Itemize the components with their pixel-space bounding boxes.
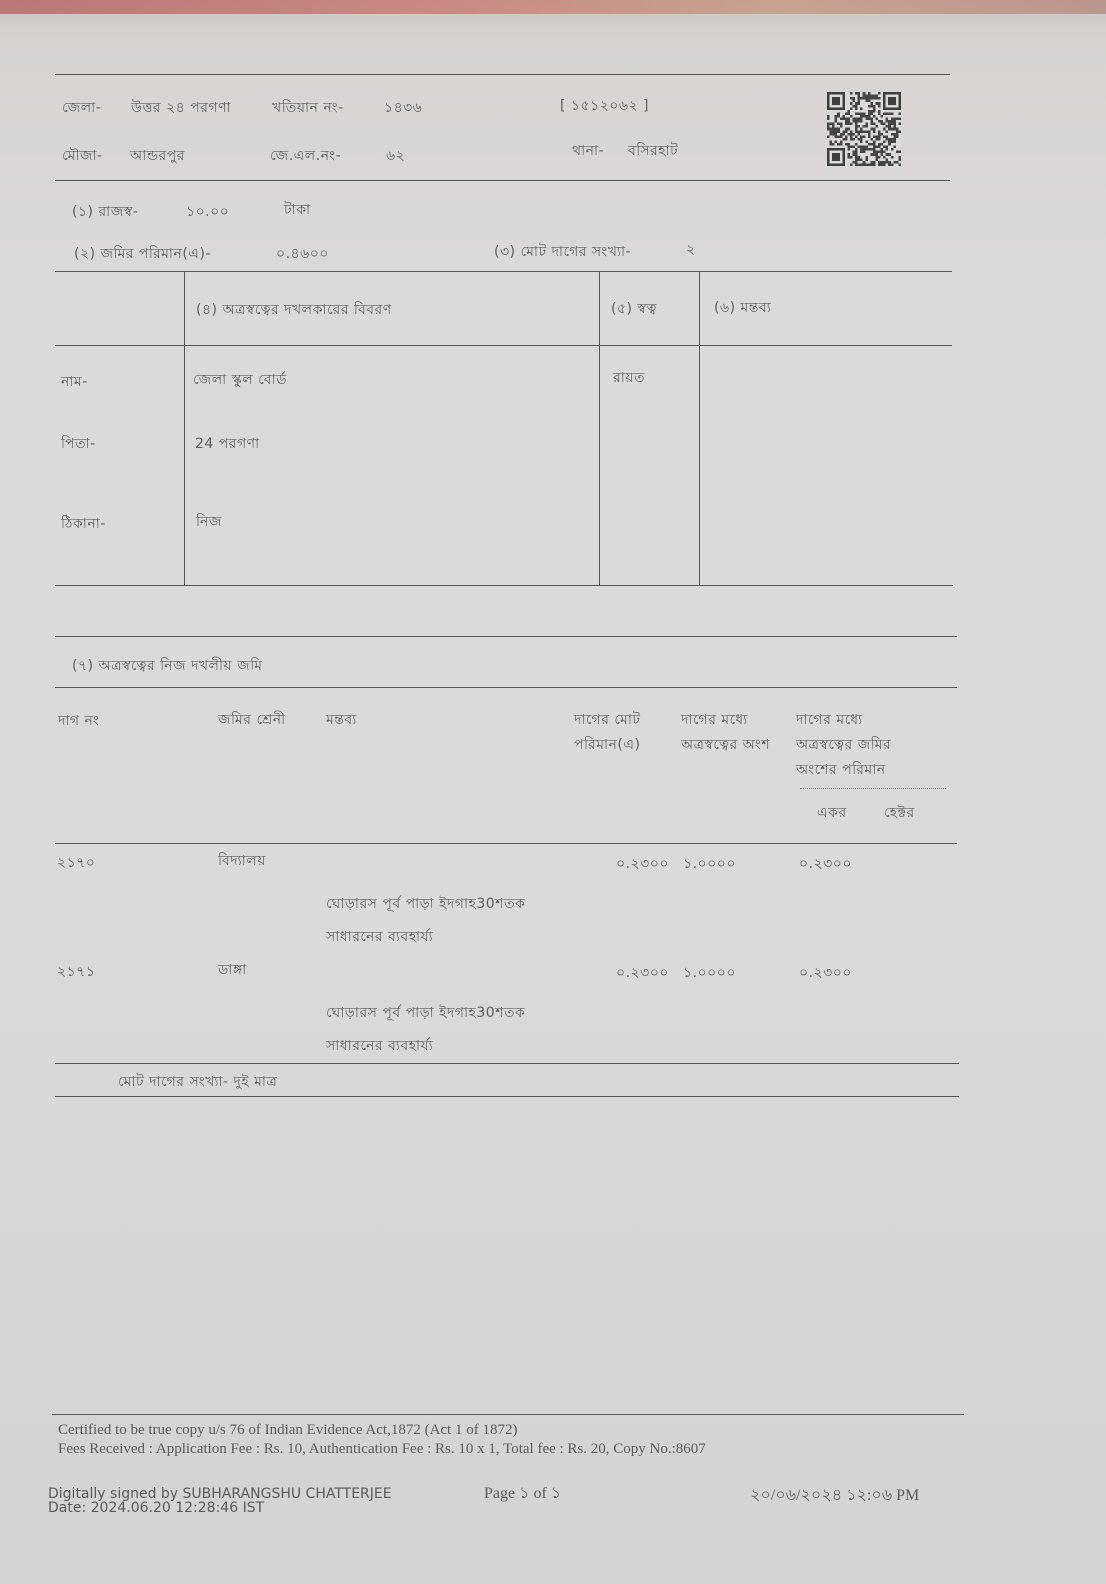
divider — [800, 788, 946, 789]
remark-line-1: ঘোড়ারস পূর্ব পাড়া ইদগাহ30শতক — [326, 1001, 525, 1025]
share: ১.০০০০ — [683, 852, 736, 876]
plot-count-label: (৩) মোট দাগের সংখ্যা- — [494, 240, 631, 264]
address-label: ঠিকানা- — [61, 512, 106, 536]
table-border — [55, 1096, 959, 1097]
plot-no: ২১৭১ — [57, 960, 95, 984]
table-border — [55, 271, 952, 272]
table-border — [599, 272, 600, 586]
divider — [55, 636, 957, 637]
share: ১.০০০০ — [683, 961, 736, 985]
father-value: 24 পরগণা — [195, 432, 260, 456]
remarks-header: (৬) মন্তব্য — [714, 296, 771, 320]
owner-details-header: (৪) অত্রস্বত্বের দখলকারের বিবরণ — [196, 298, 392, 322]
district-label: জেলা- — [62, 96, 101, 120]
share-area-header-3: অংশের পরিমান — [796, 758, 886, 782]
revenue-unit: টাকা — [284, 198, 311, 222]
khatian-value: ১৪৩৬ — [384, 96, 422, 120]
page-edge — [0, 0, 1106, 14]
page-number: Page ১ of ১ — [484, 1480, 561, 1507]
table-border — [55, 585, 953, 586]
plot-no-header: দাগ নং — [58, 709, 99, 733]
certification-text: Certified to be true copy u/s 76 of Indi… — [58, 1422, 517, 1439]
right-header: (৫) স্বত্ব — [611, 297, 657, 321]
land-class: ডাঙ্গা — [218, 958, 247, 982]
share-area-header-1: দাগের মধ্যে — [796, 708, 863, 732]
divider — [55, 74, 950, 75]
divider — [52, 1414, 964, 1415]
remark-line-2: সাধারনের ব্যবহার্য্য — [326, 1034, 433, 1058]
land-class-header: জমির শ্রেনী — [218, 708, 286, 732]
total-area: ০.২৩০০ — [616, 961, 669, 985]
remark-line-2: সাধারনের ব্যবহার্য্য — [326, 925, 433, 949]
district-value: উত্তর ২৪ পরগণা — [131, 96, 231, 120]
right-value: রায়ত — [613, 366, 645, 390]
printed-timestamp: ২০/০৬/২০২৪ ১২:০৬ PM — [750, 1482, 919, 1509]
mouza-value: আন্ডরপুর — [130, 144, 185, 168]
remarks-col-header: মন্তব্য — [326, 708, 357, 732]
signature-date: Date: 2024.06.20 12:28:46 IST — [48, 1501, 264, 1515]
digital-signature: Digitally signed by SUBHARANGSHU CHATTER… — [48, 1487, 392, 1501]
share-area-acre: ০.২৩০০ — [799, 961, 852, 985]
khatian-label: খতিয়ান নং- — [272, 96, 344, 120]
total-area-header-1: দাগের মোট — [574, 708, 641, 732]
qr-code-icon — [827, 92, 901, 166]
total-plots-text: মোট দাগের সংখ্যা- দুই মাত্র — [118, 1070, 277, 1094]
thana-value: বসিরহাট — [628, 139, 678, 163]
acre-header: একর — [817, 801, 847, 825]
father-label: পিতা- — [61, 432, 96, 456]
remark-line-1: ঘোড়ারস পূর্ব পাড়া ইদগাহ30শতক — [326, 892, 525, 916]
divider — [55, 687, 957, 688]
jl-value: ৬২ — [386, 144, 405, 168]
reference-number: [ ১৫১২০৬২ ] — [560, 94, 649, 118]
total-area-header-2: পরিমান(এ) — [574, 733, 640, 757]
plot-no: ২১৭০ — [57, 851, 95, 875]
mouza-label: মৌজা- — [62, 144, 103, 168]
fees-text: Fees Received : Application Fee : Rs. 10… — [58, 1441, 706, 1458]
table-border — [55, 1063, 959, 1064]
revenue-value: ১০.০০ — [186, 200, 229, 224]
thana-label: থানা- — [572, 139, 604, 163]
area-label: (২) জমির পরিমান(এ)- — [74, 242, 211, 266]
table-border — [55, 345, 952, 346]
share-area-header-2: অত্রস্বত্বের জমির — [796, 733, 891, 757]
name-value: জেলা স্কুল বোর্ড — [193, 368, 287, 392]
land-class: বিদ্যালয় — [218, 849, 266, 873]
land-section-title: (৭) অত্রস্বত্বের নিজ দখলীয় জমি — [72, 654, 262, 678]
area-value: ০.৪৬০০ — [276, 242, 329, 266]
share-header-1: দাগের মধ্যে — [681, 708, 748, 732]
table-border — [184, 272, 185, 586]
table-border — [55, 843, 957, 844]
share-area-acre: ০.২৩০০ — [799, 852, 852, 876]
table-border — [699, 272, 700, 586]
total-area: ০.২৩০০ — [616, 852, 669, 876]
divider — [55, 180, 950, 181]
hectare-header: হেক্টর — [884, 801, 915, 825]
plot-count-value: ২ — [686, 238, 696, 262]
address-value: নিজ — [196, 510, 222, 534]
share-header-2: অত্রস্বত্বের অংশ — [681, 733, 770, 757]
revenue-label: (১) রাজস্ব- — [72, 200, 138, 224]
name-label: নাম- — [61, 370, 88, 394]
jl-label: জে.এল.নং- — [270, 144, 341, 168]
